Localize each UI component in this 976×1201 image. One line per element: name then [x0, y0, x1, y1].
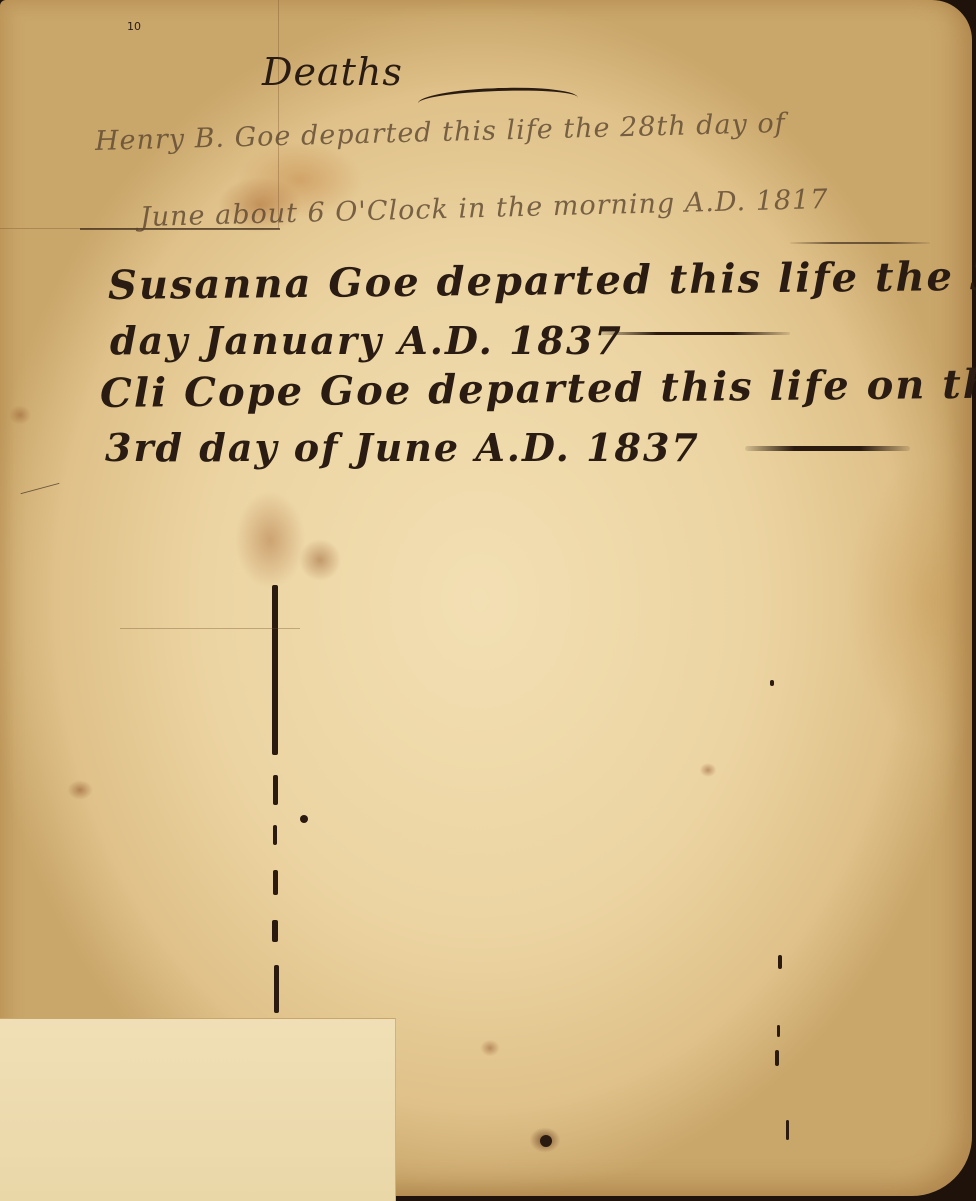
ink-spot — [786, 1120, 789, 1140]
ink-spot — [777, 1025, 780, 1037]
entry-2-line-2: day January A.D. 1837 — [110, 318, 623, 363]
ink-spot — [300, 815, 308, 823]
paper-repair-bottom-left — [0, 1018, 396, 1200]
document-page: 10 Deaths Henry B. Goe departed this lif… — [0, 0, 972, 1196]
ink-spot — [775, 1050, 779, 1066]
crease-line — [120, 628, 300, 629]
page-number: 10 — [127, 20, 141, 33]
ink-drip-mark — [273, 775, 278, 805]
ink-spot — [778, 955, 782, 969]
ink-spot — [770, 680, 774, 686]
entry-3-line-2: 3rd day of June A.D. 1837 — [105, 425, 700, 470]
title-flourish — [418, 85, 579, 116]
ink-drip-mark — [273, 870, 278, 895]
page-title: Deaths — [262, 50, 403, 94]
entry-3-line-1: Cli Cope Goe departed this life on the — [100, 360, 976, 417]
paper-repair-top-left — [0, 0, 279, 229]
entry-1-divider — [790, 242, 930, 244]
entry-2-divider — [600, 332, 790, 335]
crease-line — [21, 483, 60, 494]
ink-spot — [540, 1135, 552, 1147]
ink-drip-mark — [272, 920, 278, 942]
ink-drip-mark — [272, 585, 278, 755]
ink-drip-mark — [274, 965, 279, 1013]
entry-2-line-1: Susanna Goe departed this life the 30th — [108, 252, 976, 309]
entry-3-divider — [745, 446, 910, 451]
ink-drip-mark — [273, 825, 277, 845]
